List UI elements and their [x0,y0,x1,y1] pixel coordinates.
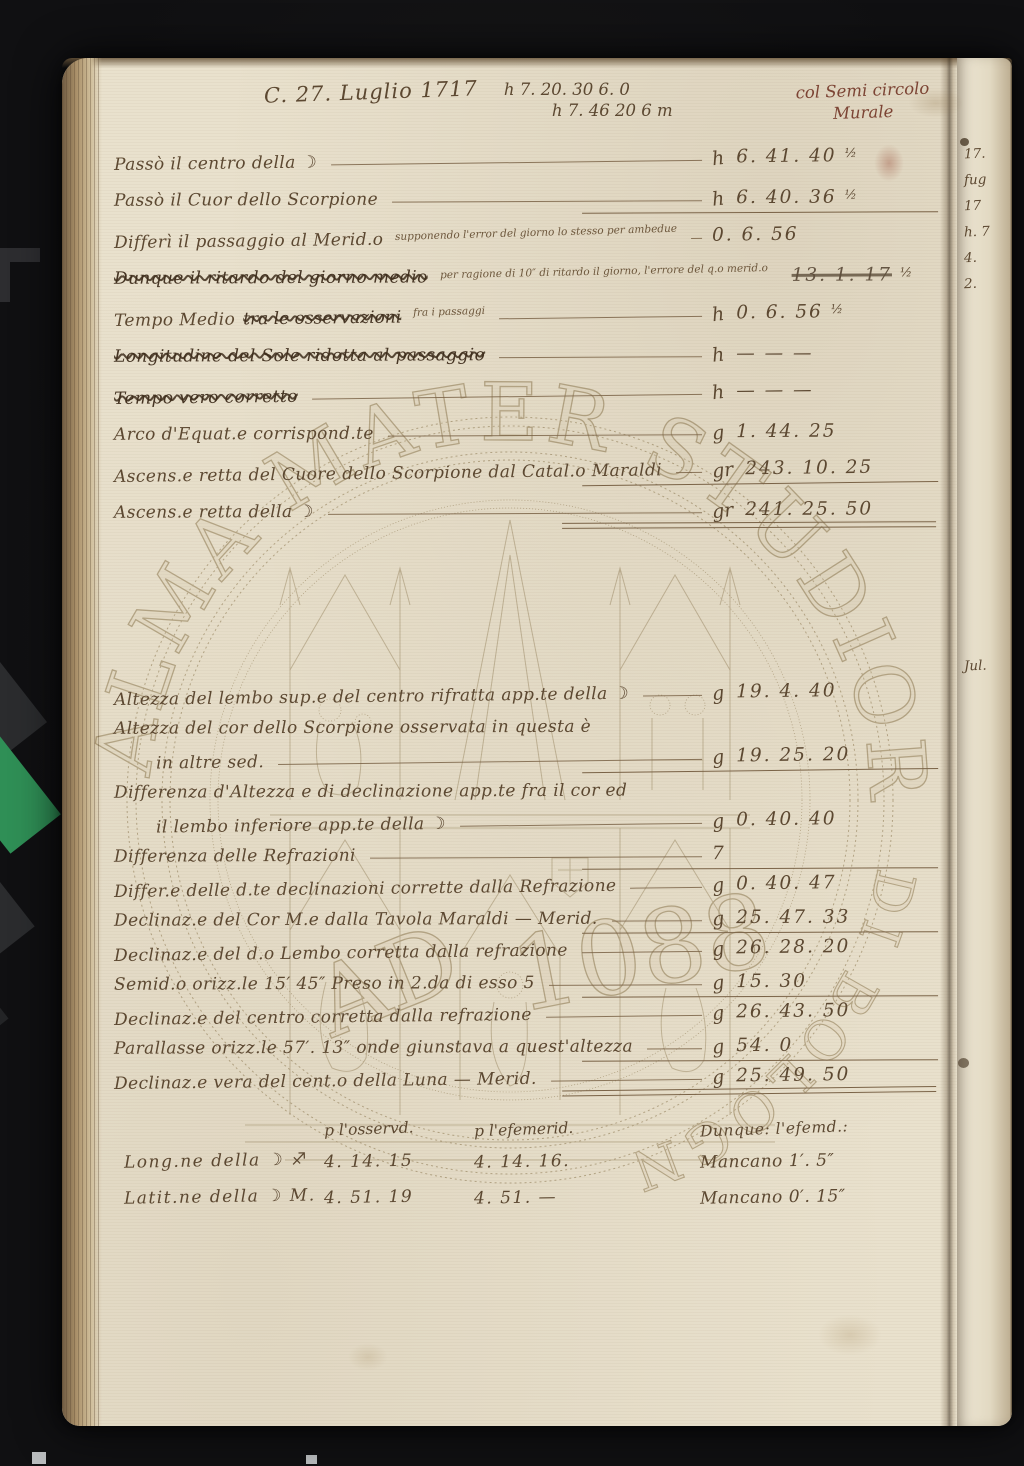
ruled-line [312,393,702,399]
row-label: Differ.e delle d.te declinazioni corrett… [114,875,617,901]
comparison-label: Latit.ne della ☽ M. [124,1185,324,1208]
manuscript-page: ALMA MATER STUDIORUM DI BOLOGNA AD 1088 [62,58,1012,1426]
value-group: g 26. 28. 20 [712,934,934,959]
value-group: g 26. 43. 50 [712,998,934,1023]
value-group: 0. 6. 56 [712,222,934,246]
value-sexagesimal: 0. 6. 56 [736,301,823,323]
unit-symbol: g [711,907,725,930]
ruled-line [630,886,702,888]
observation-row: Ascens.e retta della ☽ gr 241. 25. 50 [114,492,934,523]
ruled-line [499,356,702,358]
unit-symbol: g [711,1035,725,1058]
value-group: h 6. 41. 40 ½ [712,143,934,168]
observation-row: Differenza delle Refrazioni 7 [114,839,934,867]
observation-row: Altezza del lembo sup.e del centro rifra… [114,676,934,710]
observation-row: Tempo Medio tra le osservazioni fra i pa… [114,294,934,331]
value-sexagesimal: 6. 40. 36 [736,186,836,207]
value-sexagesimal: — — — [736,379,814,401]
row-label: Tempo Medio [114,309,235,330]
row-label: Declinaz.e vera del cent.o della Luna — … [114,1068,537,1093]
unit-symbol: g [711,682,726,705]
ruled-line [460,822,702,826]
value-group: g 1. 44. 25 [712,419,934,442]
observation-row: Declinaz.e del Cor M.e dalla Tavola Mara… [114,903,934,931]
observed-value: 4. 14. 15 [324,1149,474,1172]
value-group: gr 241. 25. 50 [712,497,934,520]
value-sexagesimal: — — — [736,342,813,363]
value-group: g 0. 40. 47 [712,870,934,895]
page-gutter-fold [940,58,957,1426]
unit-symbol: g [711,1066,726,1089]
ruled-line [643,694,702,696]
value-sexagesimal: 13. 1. 17 [792,264,892,285]
backdrop-stripe-gray [0,470,47,765]
photo-backdrop: ALMA MATER STUDIORUM DI BOLOGNA AD 1088 [0,0,1024,1466]
observation-row: Parallasse orizz.le 57′. 13″ onde giunst… [114,1031,934,1059]
row-label: Dunque il ritardo del giorno medio [114,267,428,288]
unit-symbol: g [711,810,726,833]
column-header-ephemerides: p l'efemerid. [474,1115,665,1140]
observation-row: Differ.e delle d.te declinazioni corrett… [114,868,934,902]
watermark-gap [114,533,934,681]
row-label: Ascens.e retta della ☽ [114,501,314,522]
value-group: 7 [712,842,934,864]
calibration-mark [306,1455,317,1464]
value-group: g 25. 49. 50 [712,1062,934,1087]
observation-row: Longitudine del Sole ridotta al passaggi… [114,336,934,367]
value-sexagesimal: 25. 49. 50 [736,1064,850,1086]
row-label: Differì il passaggio al Merid.o [114,229,384,252]
ruled-line [370,856,702,858]
ruled-line [278,758,702,764]
value-sexagesimal: 0. 6. 56 [712,223,799,245]
lower-observation-rows: Altezza del lembo sup.e del centro rifra… [114,681,934,1089]
value-fraction: ½ [845,144,857,159]
instrument-line-1: col Semi circolo [796,79,930,103]
row-label: Tempo vero corretto [114,386,298,408]
value-group: g 19. 25. 20 [712,742,934,767]
ruled-line [676,471,702,472]
unit-symbol: g [711,938,726,961]
observation-row: il lembo inferiore app.te della ☽ g 0. 4… [114,804,934,838]
facing-page-text-line: 17. [964,146,986,163]
value-sexagesimal: 25. 47. 33 [736,906,850,927]
value-group [712,735,934,736]
unit-symbol: g [711,874,726,897]
instrument-note: col Semi circolo Murale [796,78,931,127]
observation-row: Passò il centro della ☽ h 6. 41. 40 ½ [114,138,934,175]
comparison-rows: Long.ne della ☽ ♐ 4. 14. 15 4. 14. 16. M… [124,1151,934,1207]
observation-row: Declinaz.e vera del cent.o della Luna — … [114,1060,934,1094]
comparison-label: Long.ne della ☽ ♐ [124,1149,324,1172]
column-header-difference: Dunque: l'efemd.: [664,1114,934,1141]
value-sexagesimal: 15. 30 [736,970,807,991]
difference-note: Mancano 1′. 5″ [664,1148,934,1173]
row-label: Altezza del cor dello Scorpione osservat… [114,716,591,738]
row-label: Differenza d'Altezza e di declinazione a… [114,780,627,802]
time-line-1: h 7. 20. 30 6. 0 [504,80,673,99]
row-label: in altre sed. [156,752,264,773]
value-group: h 0. 6. 56 ½ [712,299,934,324]
ephemerides-value: 4. 51. — [474,1185,664,1208]
ruled-line [499,315,702,318]
value-sexagesimal: 26. 43. 50 [736,1000,850,1022]
ink-fleck [958,1058,969,1068]
row-label: Arco d'Equat.e corrispond.te [114,423,374,444]
value-sexagesimal: 0. 40. 40 [736,808,837,830]
value-group: g 15. 30 [712,969,934,992]
value-sexagesimal: 7 [712,843,726,864]
row-label: Altezza del lembo sup.e del centro rifra… [114,683,629,709]
value-group: g 0. 40. 40 [712,806,934,831]
value-sexagesimal: 19. 25. 20 [736,744,850,766]
unit-symbol: gr [711,499,735,523]
unit-symbol: h [711,187,726,210]
facing-page-text-line: 2. [964,276,977,292]
observation-row: in altre sed. g 19. 25. 20 [114,740,934,774]
ruled-line [551,1078,702,1081]
unit-symbol: g [711,1002,726,1025]
observation-row: Passò il Cuor dello Scorpione h 6. 40. 3… [114,180,934,211]
row-label: Declinaz.e del d.o Lembo corretta dalla … [114,940,568,966]
difference-note: Mancano 0′. 15″ [664,1184,934,1209]
facing-page-text-line: fug [964,172,987,189]
row-label-struck: tra le osservazioni [243,307,401,329]
calibration-mark [32,1452,46,1464]
time-line-2: h 7. 46 20 6 m [552,101,673,120]
ruled-line [582,950,702,952]
value-sexagesimal: 0. 40. 47 [736,872,837,894]
ruled-line [691,237,702,238]
ruled-line [612,920,702,921]
value-group: h — — — [712,341,934,364]
value-group: h 6. 40. 36 ½ [712,185,934,208]
value-group: gr 243. 10. 25 [712,455,934,480]
row-label: Declinaz.e del Cor M.e dalla Tavola Mara… [114,908,598,930]
value-sexagesimal: 6. 41. 40 [736,145,837,167]
ruled-line [546,1014,702,1017]
observation-row: Tempo vero corretto h — — — [114,372,934,409]
ruled-line [328,512,702,515]
manuscript-text: C. 27. Luglio 1717 h 7. 20. 30 6. 0 h 7.… [114,74,934,1207]
unit-symbol: g [711,971,725,994]
row-label: Semid.o orizz.le 15′ 45″ Preso in 2.da d… [114,972,535,994]
background-glyph [0,248,40,302]
upper-observation-rows: Passò il centro della ☽ h 6. 41. 40 ½ Pa… [114,143,934,521]
row-label: Differenza delle Refrazioni [114,845,356,866]
value-group: g 19. 4. 40 [712,678,934,703]
row-annotation: fra i passaggi [413,304,485,318]
value-sexagesimal: 241. 25. 50 [745,498,873,520]
value-sexagesimal: 54. 0 [736,1034,793,1055]
value-group: g 54. 0 [712,1033,934,1056]
observation-row: Dunque il ritardo del giorno medio per r… [114,258,934,289]
value-sexagesimal: 243. 10. 25 [745,456,873,479]
value-sexagesimal: 19. 4. 40 [736,680,837,702]
observation-row: Altezza del cor dello Scorpione osservat… [114,711,934,739]
unit-symbol: h [711,303,726,326]
unit-symbol: h [711,147,726,170]
observed-value: 4. 51. 19 [324,1185,474,1208]
row-label: Declinaz.e del centro corretta dalla ref… [114,1004,532,1029]
ephemerides-value: 4. 14. 16. [474,1149,664,1172]
page-top-edge [62,58,1012,68]
value-fraction: ½ [845,186,857,201]
ruled-line [392,200,702,202]
unit-symbol: gr [711,458,735,482]
ruled-line [549,984,702,986]
row-label: Longitudine del Sole ridotta al passaggi… [114,345,485,367]
row-label: Parallasse orizz.le 57′. 13″ onde giunst… [114,1036,633,1058]
row-label: Ascens.e retta del Cuore dello Scorpione… [114,460,662,487]
value-group [712,799,934,800]
instrument-line-2: Murale [833,102,894,123]
column-header-observed: p l'osservd. [324,1116,475,1139]
paper-stain [818,1314,882,1356]
value-fraction: ½ [900,264,912,279]
value-fraction: ½ [831,301,843,316]
row-label: Passò il Cuor dello Scorpione [114,189,378,210]
row-annotation: per ragione di 10″ di ritardo il giorno,… [440,262,768,281]
observation-row: Declinaz.e del d.o Lembo corretta dalla … [114,932,934,966]
facing-page-text-line: 17 [964,198,982,215]
observation-row: Arco d'Equat.e corrispond.te g 1. 44. 25 [114,414,934,445]
page-stack-edge [62,58,102,1426]
facing-page-text-line: h. 7 [964,224,990,241]
ruled-line [388,434,702,436]
observation-row: Declinaz.e del centro corretta dalla ref… [114,996,934,1030]
paper-stain [348,1343,388,1371]
row-annotation: supponendo l'error del giorno lo stesso … [395,222,677,242]
ink-fleck [960,138,969,146]
value-group: h — — — [712,377,934,402]
row-label: il lembo inferiore app.te della ☽ [156,813,446,837]
unit-symbol: g [711,421,725,444]
unit-symbol: g [711,746,726,769]
value-group: g 25. 47. 33 [712,905,934,928]
header: C. 27. Luglio 1717 h 7. 20. 30 6. 0 h 7.… [114,80,934,125]
row-label: Passò il centro della ☽ [114,152,317,174]
facing-page-edge: 17. fug 17 h. 7 4. 2. Jul. [957,58,1012,1426]
value-sexagesimal: 1. 44. 25 [736,420,836,441]
ruled-line [647,1048,702,1049]
date-line: C. 27. Luglio 1717 [264,76,479,107]
unit-symbol: h [711,381,726,404]
ruled-line [331,159,702,165]
observation-row: Ascens.e retta del Cuore dello Scorpione… [114,450,934,487]
comparison-table: p l'osservd. p l'efemerid. Dunque: l'efe… [124,1119,934,1137]
unit-symbol: h [711,343,726,366]
value-sexagesimal: 26. 28. 20 [736,936,850,958]
observation-row: Semid.o orizz.le 15′ 45″ Preso in 2.da d… [114,967,934,995]
facing-page-text-line: 4. [964,250,977,266]
observation-row: Differenza d'Altezza e di declinazione a… [114,775,934,803]
facing-page-text-line: Jul. [964,658,987,675]
observation-row: Differì il passaggio al Merid.o supponen… [114,216,934,253]
observation-times: h 7. 20. 30 6. 0 h 7. 46 20 6 m [504,80,673,120]
